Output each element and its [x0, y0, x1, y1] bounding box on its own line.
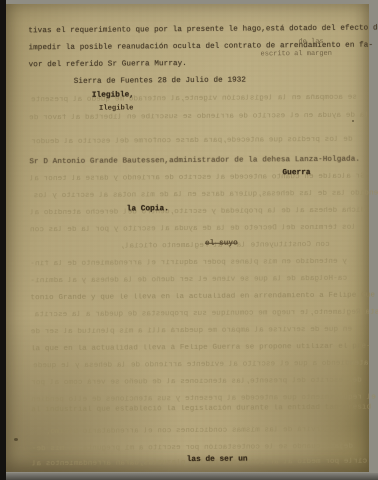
annotation: Ilegible,: [92, 90, 134, 100]
text-line: servirá de las mismas condiciones con el…: [45, 425, 329, 437]
text-line: del escrito del presente,las atenciones …: [31, 376, 362, 389]
scan-edge-bottom: [0, 473, 378, 480]
text-line: ca-Holgada de la que se viene el ser due…: [30, 274, 347, 286]
annotation: escrito al margen: [261, 49, 332, 60]
annotation: Ilegible: [99, 103, 134, 113]
text-line: se acompaña en la legislación vigente,al…: [31, 93, 357, 106]
text-line: tivas el requerimiento que por la presen…: [28, 23, 378, 36]
annotation: el suyo: [205, 239, 238, 249]
text-line: atendido las de las dehesas,quiera darse…: [34, 188, 378, 201]
text-line: al industrial que estableció la legislac…: [31, 403, 371, 416]
annotation: de las: [298, 37, 323, 47]
text-line: la que en la actualidad lleva á Felipe G…: [31, 342, 371, 355]
text-line: Sierra de Fuentes 28 de Julio de 1932: [74, 76, 246, 87]
text-line: dicha dehesa al de la propiedad y escrit…: [30, 206, 365, 219]
annotation: las de ser un: [187, 455, 248, 465]
text-line: los términos del Decreto de la de ayuda …: [30, 223, 356, 236]
text-line: vista Reglamento,le ruego me comunique s…: [35, 307, 378, 320]
text-line: vor del referido Sr Guerra Murray.: [29, 59, 187, 70]
text-layer: tivas el requerimiento que por la presen…: [0, 0, 378, 480]
annotation: Guerra: [282, 168, 310, 178]
text-line: y entendido en mis planes poder adquirir…: [30, 257, 347, 269]
text-line: Sr alcalde en cuanto antecede al escrito…: [29, 172, 364, 185]
text-line: atendiendo a que el escrito al evidente …: [33, 359, 368, 372]
scanned-document: tivas el requerimiento que por la presen…: [0, 0, 378, 480]
text-line: la de ayuda en el escrito de arriendo se…: [29, 111, 369, 124]
annotation: la Copia.: [127, 204, 169, 214]
text-line: tonio Grande y que le lleva en la actual…: [30, 291, 375, 304]
text-line: en que de servirse al amparo me quedará …: [31, 325, 352, 338]
text-line: dejará cuando se le contestación por esc…: [32, 442, 353, 455]
scan-edge-left: [0, 0, 6, 480]
text-line: de los predios que antecede,para darse c…: [31, 135, 352, 148]
text-line: Sr D Antonio Grande Bautessen,administra…: [29, 155, 360, 168]
